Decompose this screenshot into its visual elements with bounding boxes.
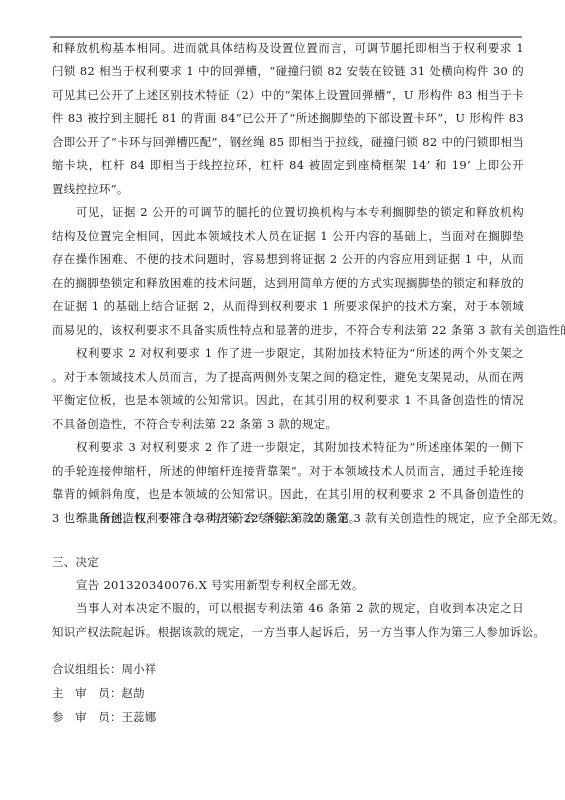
paragraph-2-line-1: 可见，证据 2 公开的可调节的腿托的位置切换机构与本专利搁脚垫的锁定和释放机构的…: [76, 204, 524, 220]
paragraph-1-line-1: 和释放机构基本相同。进而就具体结构及设置位置而言，可调节腿托即相当于权利要求 1…: [52, 40, 524, 56]
paragraph-1-line-4: 件 83 被拧到主腿托 81 的背面 84”已公开了“所述搁脚垫的下部设置卡环”…: [52, 110, 524, 126]
paragraph-1-line-5: 合即公开了“卡环与回弹槽匹配”，钢丝绳 85 即相当于拉线，碰撞闩锁 82 中的…: [52, 134, 524, 150]
appeal-line-1: 当事人对本决定不服的，可以根据专利法第 46 条第 2 款的规定，自收到本决定之…: [76, 600, 524, 616]
paragraph-4-line-1: 权利要求 3 对权利要求 2 作了进一步限定，其附加技术特征为“所述座体架的一侧…: [76, 439, 524, 455]
paragraph-3-line-2: 。对于本领域技术人员而言，为了提高两侧外支架之间的稳定性，避免支架晃动，从而在两…: [52, 369, 524, 385]
paragraph-1-line-7: 置线控拉环”。: [52, 181, 524, 197]
summary-line: 综上所述，权利要求 1-3 均不符合专利法第 22 条第 3 款有关创造性的规定…: [76, 510, 524, 526]
paragraph-2-line-5: 在证据 1 的基础上结合证据 2，从而得到权利要求 1 所要求保护的技术方案，对…: [52, 298, 524, 314]
paragraph-3-line-3: 平衡定位板，也是本领域的公知常识。因此，在其引用的权利要求 1 不具备创造性的情…: [52, 392, 524, 408]
paragraph-2-line-3: 存在操作困难、不便的技术问题时，容易想到将证据 2 公开的内容应用到证据 1 中…: [52, 251, 524, 267]
panel-leader: 合议组组长：周小祥: [52, 661, 524, 677]
paragraph-3-line-1: 权利要求 2 对权利要求 1 作了进一步限定，其附加技术特征为“所述的两个外支架…: [76, 345, 524, 361]
paragraph-3-line-4: 不具备创造性，不符合专利法第 22 条第 3 款的规定。: [52, 416, 524, 432]
document-page: 和释放机构基本相同。进而就具体结构及设置位置而言，可调节腿托即相当于权利要求 1…: [0, 0, 565, 800]
paragraph-1-line-2: 闩锁 82 相当于权利要求 1 中的回弹槽，“碰撞闩锁 82 安装在铰链 31 …: [52, 63, 524, 79]
appeal-line-2: 知识产权法院起诉。根据该款的规定，一方当事人起诉后，另一方当事人作为第三人参加诉…: [52, 624, 524, 640]
paragraph-2-line-4: 在的搁脚垫锁定和释放困难的技术问题，达到用简单方便的方式实现搁脚垫的锁定和释放的…: [52, 275, 524, 291]
panel-examiner: 参 审 员：王蕊娜: [52, 709, 524, 725]
paragraph-2-line-6: 而易见的，该权利要求不具备实质性特点和显著的进步，不符合专利法第 22 条第 3…: [52, 322, 524, 338]
decision-heading: 三、决定: [52, 554, 524, 570]
decision-ruling: 宣告 201320340076.X 号实用新型专利权全部无效。: [76, 577, 524, 593]
paragraph-4-line-2: 的手轮连接伸缩杆，所述的伸缩杆连接背靠架”。对于本领域技术人员而言，通过手轮连接…: [52, 463, 524, 479]
paragraph-1-line-3: 可见其已公开了上述区别技术特征（2）中的“架体上设置回弹槽”，U 形构件 83 …: [52, 87, 524, 103]
header-rule: [50, 36, 522, 38]
paragraph-1-line-6: 缩卡块，杠杆 84 即相当于线控拉环，杠杆 84 被固定到座椅框架 14’ 和 …: [52, 157, 524, 173]
paragraph-4-line-3: 靠背的倾斜角度，也是本领域的公知常识。因此，在其引用的权利要求 2 不具备创造性…: [52, 486, 524, 502]
panel-chief-examiner: 主 审 员：赵劼: [52, 685, 524, 701]
paragraph-2-line-2: 结构及位置完全相同，因此本领域技术人员在证据 1 公开内容的基础上，当面对在搁脚…: [52, 228, 524, 244]
